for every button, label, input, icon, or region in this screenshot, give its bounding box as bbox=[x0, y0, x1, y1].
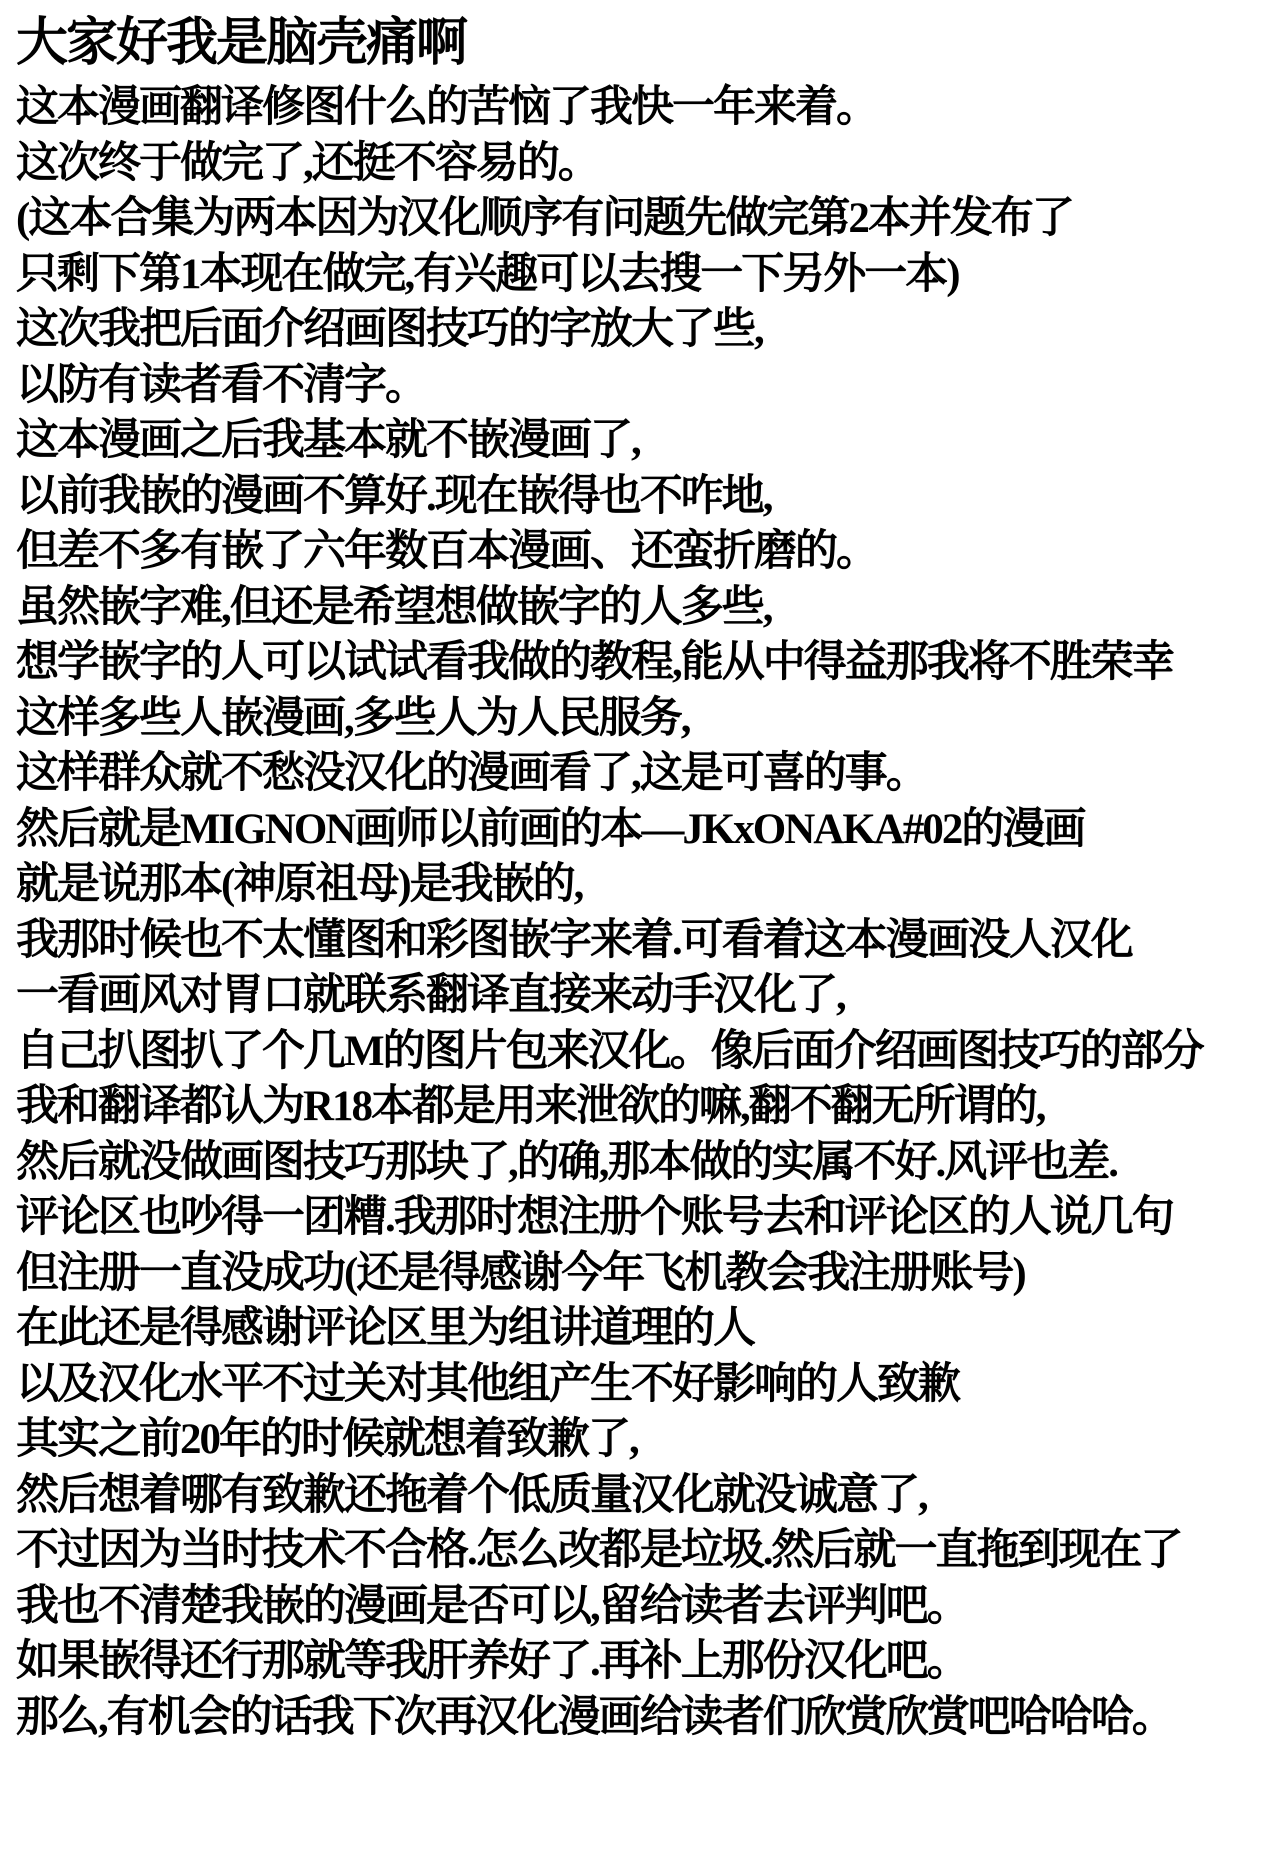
text-line: 自己扒图扒了个几M的图片包来汉化。像后面介绍画图技巧的部分 bbox=[16, 1024, 1266, 1080]
text-line: 但差不多有嵌了六年数百本漫画、还蛮折磨的。 bbox=[16, 524, 1266, 580]
text-line: 就是说那本(神原祖母)是我嵌的, bbox=[16, 857, 1266, 913]
text-line: 虽然嵌字难,但还是希望想做嵌字的人多些, bbox=[16, 580, 1266, 636]
text-line: 但注册一直没成功(还是得感谢今年飞机教会我注册账号) bbox=[16, 1246, 1266, 1302]
text-line: 不过因为当时技术不合格.怎么改都是垃圾.然后就一直拖到现在了 bbox=[16, 1523, 1266, 1579]
text-line: 然后就是MIGNON画师以前画的本—JKxONAKA#02的漫画 bbox=[16, 802, 1266, 858]
body-text: 这本漫画翻译修图什么的苦恼了我快一年来着。 这次终于做完了,还挺不容易的。 (这… bbox=[16, 80, 1266, 1745]
text-line: 如果嵌得还行那就等我肝养好了.再补上那份汉化吧。 bbox=[16, 1634, 1266, 1690]
text-line: 以防有读者看不清字。 bbox=[16, 358, 1266, 414]
text-line: 评论区也吵得一团糟.我那时想注册个账号去和评论区的人说几句 bbox=[16, 1190, 1266, 1246]
text-line: 以及汉化水平不过关对其他组产生不好影响的人致歉 bbox=[16, 1357, 1266, 1413]
text-line: 这样群众就不愁没汉化的漫画看了,这是可喜的事。 bbox=[16, 746, 1266, 802]
text-line: 这样多些人嵌漫画,多些人为人民服务, bbox=[16, 691, 1266, 747]
text-line: 在此还是得感谢评论区里为组讲道理的人 bbox=[16, 1301, 1266, 1357]
text-line: 我和翻译都认为R18本都是用来泄欲的嘛,翻不翻无所谓的, bbox=[16, 1079, 1266, 1135]
text-line: 然后想着哪有致歉还拖着个低质量汉化就没诚意了, bbox=[16, 1468, 1266, 1524]
text-line: (这本合集为两本因为汉化顺序有问题先做完第2本并发布了 bbox=[16, 191, 1266, 247]
text-line: 一看画风对胃口就联系翻译直接来动手汉化了, bbox=[16, 968, 1266, 1024]
text-line: 我那时候也不太懂图和彩图嵌字来着.可看着这本漫画没人汉化 bbox=[16, 913, 1266, 969]
text-line: 这次终于做完了,还挺不容易的。 bbox=[16, 136, 1266, 192]
text-line: 那么,有机会的话我下次再汉化漫画给读者们欣赏欣赏吧哈哈哈。 bbox=[16, 1690, 1266, 1746]
text-line: 这次我把后面介绍画图技巧的字放大了些, bbox=[16, 302, 1266, 358]
text-line: 想学嵌字的人可以试试看我做的教程,能从中得益那我将不胜荣幸 bbox=[16, 635, 1266, 691]
text-line: 这本漫画之后我基本就不嵌漫画了, bbox=[16, 413, 1266, 469]
text-line: 我也不清楚我嵌的漫画是否可以,留给读者去评判吧。 bbox=[16, 1579, 1266, 1635]
text-line: 然后就没做画图技巧那块了,的确,那本做的实属不好.风评也差. bbox=[16, 1135, 1266, 1191]
page-title: 大家好我是脑壳痛啊 bbox=[16, 12, 1266, 76]
text-line: 以前我嵌的漫画不算好.现在嵌得也不咋地, bbox=[16, 469, 1266, 525]
text-line: 只剩下第1本现在做完,有兴趣可以去搜一下另外一本) bbox=[16, 247, 1266, 303]
text-line: 其实之前20年的时候就想着致歉了, bbox=[16, 1412, 1266, 1468]
text-line: 这本漫画翻译修图什么的苦恼了我快一年来着。 bbox=[16, 80, 1266, 136]
afterword-page: 大家好我是脑壳痛啊 这本漫画翻译修图什么的苦恼了我快一年来着。 这次终于做完了,… bbox=[0, 0, 1280, 1868]
